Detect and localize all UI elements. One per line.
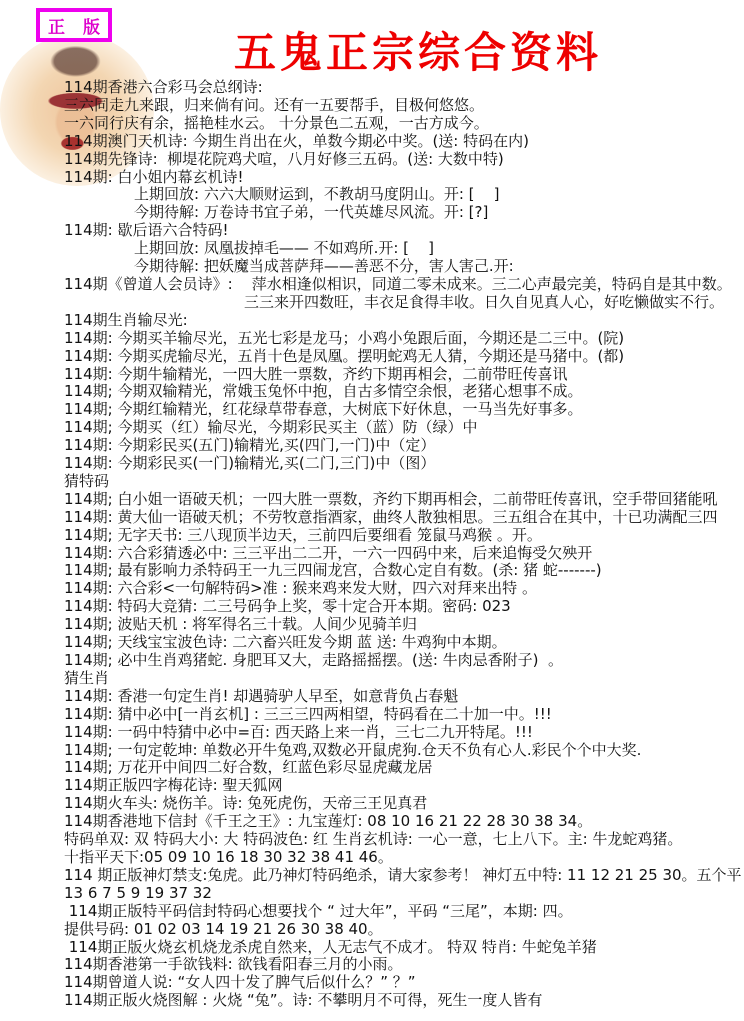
text-line: 114期: 香港一句定生肖! 却遇骑驴人早至，如意背负占春魁 [64, 688, 744, 706]
text-line: 114期; 白小姐一语破天机；一四大胜一票数，齐约下期再相会，二前带旺传喜讯，空… [64, 491, 744, 509]
text-line: 猜特码 [64, 473, 744, 491]
text-line: 114期: 一码中特猜中必中=百: 西天路上来一肖，三七二九开特尾。!!! [64, 724, 744, 742]
text-line: 猜生肖 [64, 670, 744, 688]
text-line: 114期香港第一手欲钱料: 欲钱看阳春三月的小雨。 [64, 956, 744, 974]
lottery-info-page: 正 版 五鬼正宗综合资料 114期香港六合彩马会总纲诗:三六同走九来跟，归来倘有… [0, 0, 744, 1021]
text-line: 114 期正版神灯禁支:兔虎。此乃神灯特码绝杀，请大家参考！ 神灯五中特: 11… [64, 867, 744, 885]
text-line: 114期香港地下信封《千王之王》: 九宝莲灯: 08 10 16 21 22 2… [64, 813, 744, 831]
text-line: 114期: 今期彩民买(五门)输精光,买(四门,一门)中（定） [64, 437, 744, 455]
text-line: 114期先锋诗: 柳堤花院鸡犬喧，八月好修三五码。(送: 大数中特) [64, 151, 744, 169]
text-line: 114期正版火烧图解 : 火烧 “兔”。诗: 不攀明月不可得，死生一度人皆有 [64, 992, 744, 1010]
text-line: 114期火车头: 烧伤羊。诗: 兔死虎伤，天帝三王见真君 [64, 795, 744, 813]
text-line: 114期; 今期买（红）输尽光，今期彩民买主（蓝）防（绿）中 [64, 419, 744, 437]
text-line: 特码单双: 双 特码大小: 大 特码波色: 红 生肖玄机诗: 一心一意，七上八下… [64, 831, 744, 849]
text-line: 上期回放: 六六大顺财运到，不教胡马度阴山。开: [ ] [64, 186, 744, 204]
text-line: 提供号码: 01 02 03 14 19 21 26 30 38 40。 [64, 921, 744, 939]
text-line: 114期: 歇后语六合特码! [64, 222, 744, 240]
text-line: 114期: 黄大仙一语破天机；不劳牧意指酒家，曲终人散独相思。三五组合在其中，十… [64, 509, 744, 527]
text-line: 114期; 今期红输精光，红花绿草带春意，大树底下好休息，一马当先好事多。 [64, 401, 744, 419]
text-line: 114期: 六合彩猜透必中: 三三平出二二开，一六一四码中来，后来追悔受欠殃开 [64, 545, 744, 563]
text-line: 114期: 六合彩<一句解特码>准 : 猴来鸡来发大财，四六对拜来出特 。 [64, 580, 744, 598]
text-line: 上期回放: 凤凰拔掉毛—— 不如鸡所.开: [ ] [64, 240, 744, 258]
text-line: 114期; 天线宝宝波色诗: 二六畜兴旺发今期 蓝 送: 牛鸡狗中本期。 [64, 634, 744, 652]
text-line: 114期正版特平码信封特码心想要找个 “ 过大年”，平码 “三尾”，本期: 四。 [64, 903, 744, 921]
text-line: 13 6 7 5 9 19 37 32 [64, 885, 744, 903]
text-line: 114期生肖输尽光: [64, 312, 744, 330]
text-line: 今期待解: 把妖魔当成菩萨拜——善恶不分，害人害己.开: [64, 258, 744, 276]
text-line: 114期; 万花开中间四二好合数，红蓝色彩尽显虎藏龙居 [64, 759, 744, 777]
text-line: 114期: 白小姐内幕玄机诗! [64, 169, 744, 187]
text-line: 114期: 今期买羊输尽光，五光七彩是龙马；小鸡小兔跟后面，今期还是二三中。(院… [64, 330, 744, 348]
text-line: 114期: 今期彩民买(一门)输精光,买(二门,三门)中（图） [64, 455, 744, 473]
text-line: 114期香港六合彩马会总纲诗: [64, 79, 744, 97]
text-line: 114期正版火烧玄机烧龙杀虎自然来，人无志气不成才。 特双 特肖: 牛蛇兔羊猪 [64, 939, 744, 957]
text-line: 114期: 特码大竞猜: 二三号码争上奖，零十定合开本期。密码: 023 [64, 598, 744, 616]
text-line: 三六同走九来跟，归来倘有问。还有一五要帮手，目极何悠悠。 [64, 97, 744, 115]
content-lines: 114期香港六合彩马会总纲诗:三六同走九来跟，归来倘有问。还有一五要帮手，目极何… [64, 79, 744, 1010]
text-line: 114期澳门天机诗: 今期生肖出在火，单数今期必中奖。(送: 特码在内) [64, 133, 744, 151]
text-line: 114期曾道人说: “女人四十发了脾气后似什么？” ？” [64, 974, 744, 992]
text-line: 114期; 必中生肖鸡猪蛇. 身肥耳又大，走路摇摇摆。(送: 牛肉忌香附子) 。 [64, 652, 744, 670]
text-line: 一六同行庆有余，摇艳桂水云。 十分景色二五观，一古方成今。 [64, 115, 744, 133]
text-line: 114期; 一句定乾坤: 单数必开牛兔鸡,双数必开鼠虎狗.仓天不负有心人.彩民个… [64, 742, 744, 760]
text-line: 114期: 猜中必中[一肖玄机] : 三三三四两相望，特码看在二十加一中。!!! [64, 706, 744, 724]
text-line: 114期: 今期牛输精光，一四大胜一票数，齐约下期再相会，二前带旺传喜讯 [64, 366, 744, 384]
text-line: 三三来开四数旺，丰衣足食得丰收。日久自见真人心，好吃懒做实不行。 [64, 294, 744, 312]
text-line: 114期: 今期买虎输尽光，五肖十色是凤凰。摆明蛇鸡无人猜，今期还是马猪中。(都… [64, 348, 744, 366]
text-line: 114期; 今期双输精光，常娥玉兔怀中抱，自古多情空余恨，老猪心想事不成。 [64, 383, 744, 401]
text-line: 114期《曾道人会员诗》: 萍水相逢似相识，同道二零未成来。三二心声最完美，特码… [64, 276, 744, 294]
text-line: 十指平天下:05 09 10 16 18 30 32 38 41 46。 [64, 849, 744, 867]
authentic-badge: 正 版 [36, 8, 112, 42]
text-line: 114期; 最有影响力杀特码王一九三四闹龙宫，合数心定自有数。(杀: 猪 蛇--… [64, 562, 744, 580]
text-line: 今期待解: 万卷诗书宜子弟，一代英雄尽风流。开: [?] [64, 204, 744, 222]
text-line: 114期; 波贴天机 : 将军得名三十载。人间少见骑羊归 [64, 616, 744, 634]
text-line: 114期; 无字天书: 三八现顶半边天，三前四后要细看 笼鼠马鸡猴 。开。 [64, 527, 744, 545]
text-line: 114期正版四字梅花诗: 聖天狐网 [64, 777, 744, 795]
